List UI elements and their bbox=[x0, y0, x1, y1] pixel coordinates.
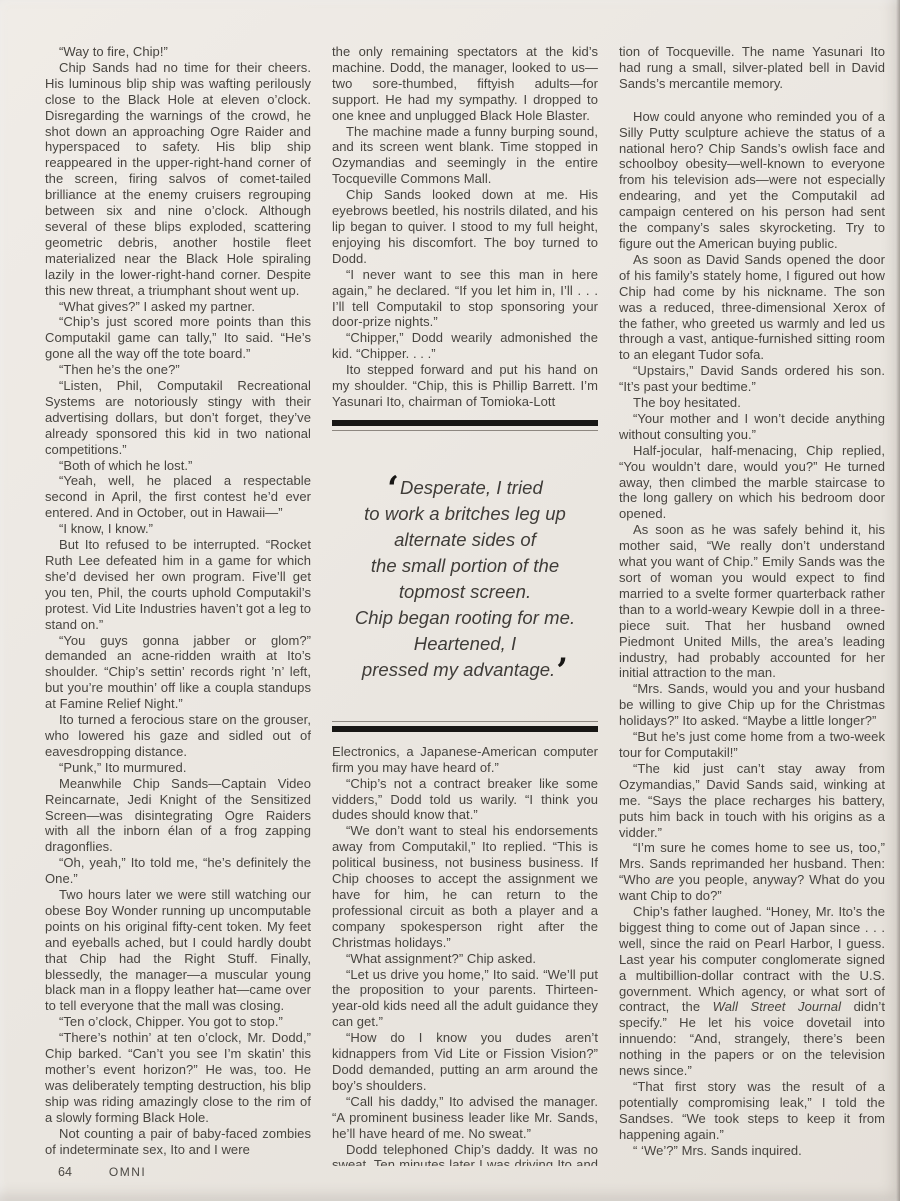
pull-quote: ‘Desperate, I triedto work a britches le… bbox=[332, 420, 598, 732]
column-3: tion of Tocqueville. The name Yasunari I… bbox=[619, 44, 885, 1166]
paragraph: “How do I know you dudes aren’t kidnappe… bbox=[332, 1030, 598, 1094]
page-number: 64 bbox=[58, 1165, 72, 1179]
paragraph: As soon as David Sands opened the door o… bbox=[619, 252, 885, 363]
paragraph: As soon as he was safely behind it, his … bbox=[619, 522, 885, 681]
paragraph: tion of Tocqueville. The name Yasunari I… bbox=[619, 44, 885, 92]
paragraph: “You guys gonna jabber or glom?” demande… bbox=[45, 633, 311, 713]
paragraph: Electronics, a Japanese-American compute… bbox=[332, 744, 598, 776]
page-footer: 64 OMNI bbox=[58, 1165, 146, 1179]
paragraph: “What gives?” I asked my partner. bbox=[45, 299, 311, 315]
paragraph: But Ito refused to be interrupted. “Rock… bbox=[45, 537, 311, 632]
pull-quote-line: topmost screen. bbox=[332, 579, 598, 605]
rule-thick-top bbox=[332, 420, 598, 426]
paragraph: Dodd telephoned Chip’s daddy. It was no … bbox=[332, 1142, 598, 1167]
paragraph: “The kid just can’t stay away from Ozyma… bbox=[619, 761, 885, 841]
pull-quote-text: ‘Desperate, I triedto work a britches le… bbox=[332, 431, 598, 721]
paragraph: “Your mother and I won’t decide anything… bbox=[619, 411, 885, 443]
pull-quote-line: alternate sides of bbox=[332, 527, 598, 553]
paragraph: Ito turned a ferocious stare on the grou… bbox=[45, 712, 311, 760]
pull-quote-line: pressed my advantage.’ bbox=[332, 657, 598, 683]
paragraph: “Chip’s not a contract breaker like some… bbox=[332, 776, 598, 824]
paragraph: the only remaining spectators at the kid… bbox=[332, 44, 598, 124]
paragraph: “Yeah, well, he placed a respectable sec… bbox=[45, 473, 311, 521]
paragraph: How could anyone who reminded you of a S… bbox=[619, 109, 885, 252]
paragraph: “But he’s just come home from a two-week… bbox=[619, 729, 885, 761]
pull-quote-line: the small portion of the bbox=[332, 553, 598, 579]
paragraph: Not counting a pair of baby-faced zombie… bbox=[45, 1126, 311, 1158]
column-2-bottom-text: Electronics, a Japanese-American compute… bbox=[332, 744, 598, 1166]
paragraph: Chip Sands looked down at me. His eyebro… bbox=[332, 187, 598, 267]
paragraph: “Then he’s the one?” bbox=[45, 362, 311, 378]
paragraph: “What assignment?” Chip asked. bbox=[332, 951, 598, 967]
paragraph: Chip’s father laughed. “Honey, Mr. Ito’s… bbox=[619, 904, 885, 1079]
magazine-page: “Way to fire, Chip!”Chip Sands had no ti… bbox=[0, 0, 900, 1201]
column-2: the only remaining spectators at the kid… bbox=[332, 44, 598, 1166]
paragraph: “Way to fire, Chip!” bbox=[45, 44, 311, 60]
paragraph: “I never want to see this man in here ag… bbox=[332, 267, 598, 331]
paragraph: “Oh, yeah,” Ito told me, “he’s definitel… bbox=[45, 855, 311, 887]
paragraph: “Call his daddy,” Ito advised the manage… bbox=[332, 1094, 598, 1142]
paragraph: Chip Sands had no time for their cheers.… bbox=[45, 60, 311, 299]
paragraph: “That first story was the result of a po… bbox=[619, 1079, 885, 1143]
paragraph: “Chipper,” Dodd wearily admonished the k… bbox=[332, 330, 598, 362]
pull-quote-line: Chip began rooting for me. bbox=[332, 605, 598, 631]
paragraph: The machine made a funny burping sound, … bbox=[332, 124, 598, 188]
paragraph: “Both of which he lost.” bbox=[45, 458, 311, 474]
paragraph: The boy hesitated. bbox=[619, 395, 885, 411]
pull-quote-line: to work a britches leg up bbox=[332, 501, 598, 527]
paragraph: Meanwhile Chip Sands—Captain Video Reinc… bbox=[45, 776, 311, 856]
article-columns: “Way to fire, Chip!”Chip Sands had no ti… bbox=[45, 44, 885, 1166]
magazine-name: OMNI bbox=[109, 1165, 146, 1179]
rule-thin-bottom bbox=[332, 721, 598, 722]
paragraph: “Let us drive you home,” Ito said. “We’l… bbox=[332, 967, 598, 1031]
rule-thick-bottom bbox=[332, 726, 598, 732]
paragraph: “Ten o’clock, Chipper. You got to stop.” bbox=[45, 1014, 311, 1030]
paragraph: “There’s nothin’ at ten o’clock, Mr. Dod… bbox=[45, 1030, 311, 1125]
paragraph: Half-jocular, half-menacing, Chip replie… bbox=[619, 443, 885, 523]
column-2-top-text: the only remaining spectators at the kid… bbox=[332, 44, 598, 410]
paragraph: “I’m sure he comes home to see us, too,”… bbox=[619, 840, 885, 904]
paragraph: “Punk,” Ito murmured. bbox=[45, 760, 311, 776]
pull-quote-line: ‘Desperate, I tried bbox=[332, 475, 598, 501]
column-1: “Way to fire, Chip!”Chip Sands had no ti… bbox=[45, 44, 311, 1166]
paragraph: “Upstairs,” David Sands ordered his son.… bbox=[619, 363, 885, 395]
paragraph: “I know, I know.” bbox=[45, 521, 311, 537]
paragraph: Ito stepped forward and put his hand on … bbox=[332, 362, 598, 410]
paragraph: Two hours later we were still watching o… bbox=[45, 887, 311, 1014]
paragraph: “ ‘We’?” Mrs. Sands inquired. bbox=[619, 1143, 885, 1159]
close-quote-icon: ’ bbox=[556, 651, 568, 691]
paragraph: “We don’t want to steal his endorsements… bbox=[332, 823, 598, 950]
paragraph: “Listen, Phil, Computakil Recreational S… bbox=[45, 378, 311, 458]
paragraph: “Mrs. Sands, would you and your husband … bbox=[619, 681, 885, 729]
paragraph: “Chip’s just scored more points than thi… bbox=[45, 314, 311, 362]
open-quote-icon: ‘ bbox=[387, 469, 399, 509]
